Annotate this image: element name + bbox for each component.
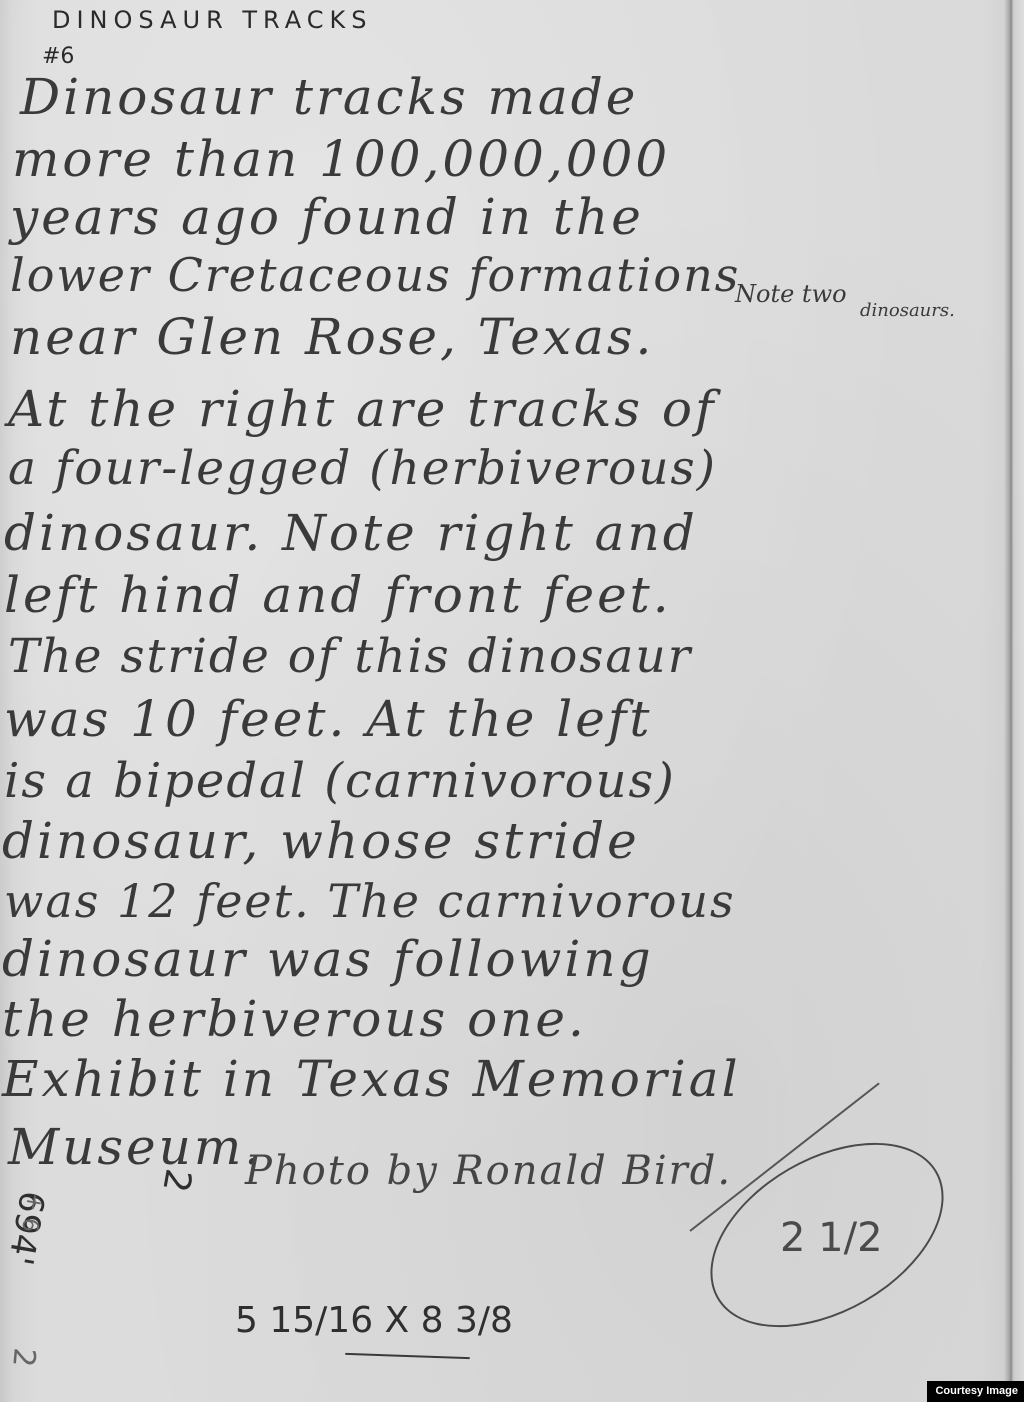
page-edge-line xyxy=(1010,0,1012,1402)
circled-number: 2 1/2 xyxy=(780,1215,883,1261)
rotated-mark-bottom-left: 2 xyxy=(5,1346,42,1368)
text-line: dinosaur was following xyxy=(2,930,654,988)
text-line: The stride of this dinosaur xyxy=(8,628,692,686)
text-line: a four-legged (herbiverous) xyxy=(8,440,717,498)
text-line: years ago found in the xyxy=(10,188,644,246)
text-line: was 10 feet. At the left xyxy=(4,690,652,748)
text-line: near Glen Rose, Texas. xyxy=(10,308,654,366)
text-line: was 12 feet. The carnivorous xyxy=(4,872,736,930)
text-line: Museum. xyxy=(8,1118,263,1176)
document-number: #6 xyxy=(42,44,74,69)
courtesy-image-badge: Courtesy Image xyxy=(927,1381,1024,1402)
text-line: Exhibit in Texas Memorial xyxy=(2,1050,741,1108)
text-line: left hind and front feet. xyxy=(4,566,672,624)
text-line: lower Cretaceous formations xyxy=(10,246,740,304)
dimensions-note: 5 15/16 X 8 3/8 xyxy=(235,1300,513,1341)
insert-note-line-1: Note two xyxy=(735,280,847,308)
text-line: more than 100,000,000 xyxy=(12,130,670,188)
text-line: Dinosaur tracks made xyxy=(20,68,638,126)
text-line: dinosaur, whose stride xyxy=(2,812,640,870)
text-line: the herbiverous one. xyxy=(2,990,587,1048)
insert-note-line-2: dinosaurs. xyxy=(860,300,955,321)
text-line: is a bipedal (carnivorous) xyxy=(4,752,676,810)
text-line: At the right are tracks of xyxy=(8,380,717,438)
document-title: DINOSAUR TRACKS xyxy=(52,6,372,34)
text-line: dinosaur. Note right and xyxy=(4,504,698,562)
photo-credit-line: Photo by Ronald Bird. xyxy=(245,1148,732,1194)
